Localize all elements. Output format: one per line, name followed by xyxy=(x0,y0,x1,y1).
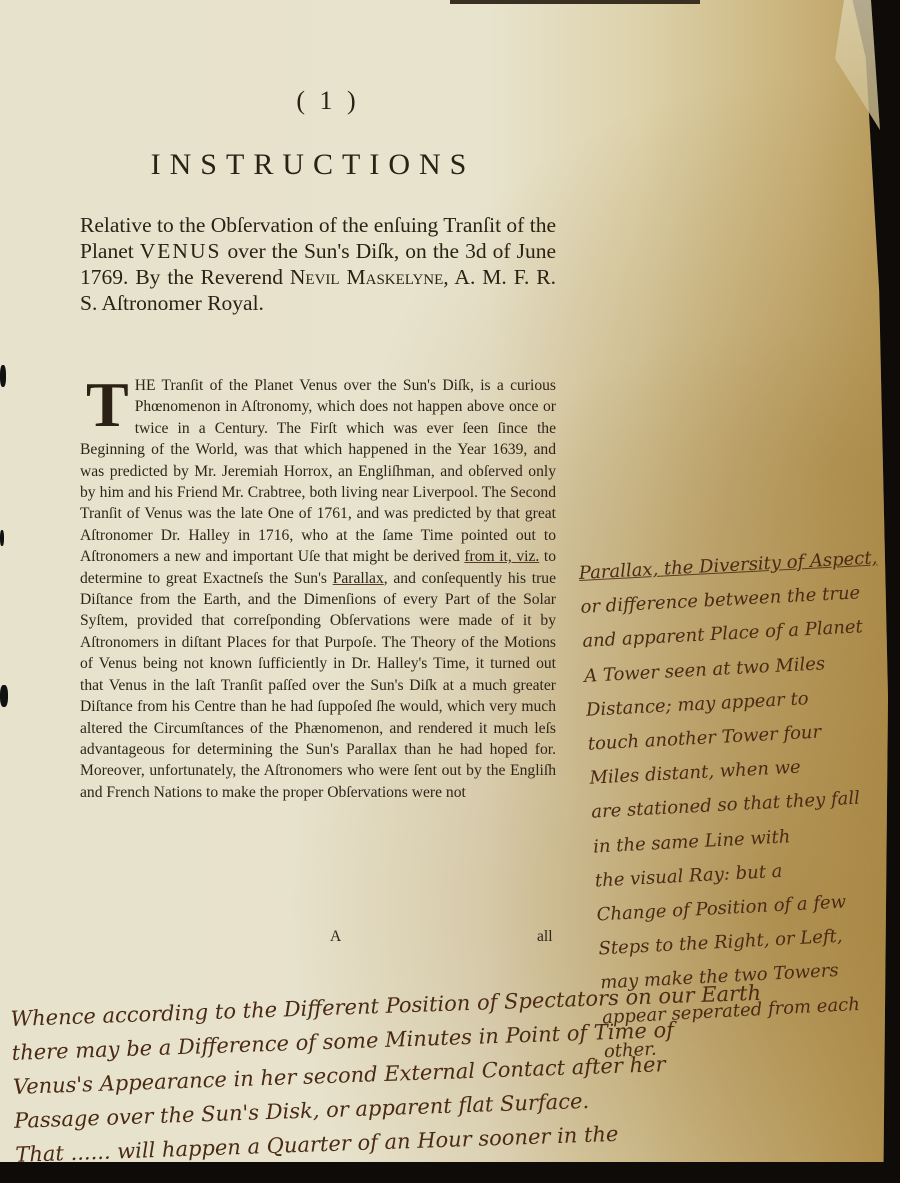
catchword: all xyxy=(537,928,553,946)
ink-blot xyxy=(0,685,8,707)
page-title: INSTRUCTIONS xyxy=(108,148,518,182)
body-paragraph: HE Tranſit of the Planet Venus over the … xyxy=(80,377,556,565)
ink-blot xyxy=(0,530,4,546)
body-text: THE Tranſit of the Planet Venus over the… xyxy=(80,375,556,803)
handwritten-bottom-note: Whence according to the Different Positi… xyxy=(10,971,895,1172)
underlined-phrase: from it, viz. xyxy=(464,548,539,565)
binding-edge xyxy=(450,0,700,4)
drop-cap: T xyxy=(86,379,129,431)
signature-mark: A xyxy=(330,928,341,946)
underlined-parallax: Parallax xyxy=(333,570,384,587)
venus-caps: VENUS xyxy=(140,239,222,263)
page-number: ( 1 ) xyxy=(283,86,373,116)
author-name: Nevil Maskelyne xyxy=(290,265,443,289)
ink-blot xyxy=(0,365,6,387)
subtitle: Relative to the Obſervation of the enſui… xyxy=(80,212,556,316)
body-paragraph: , and conſequently his true Diſtance fro… xyxy=(80,570,556,801)
